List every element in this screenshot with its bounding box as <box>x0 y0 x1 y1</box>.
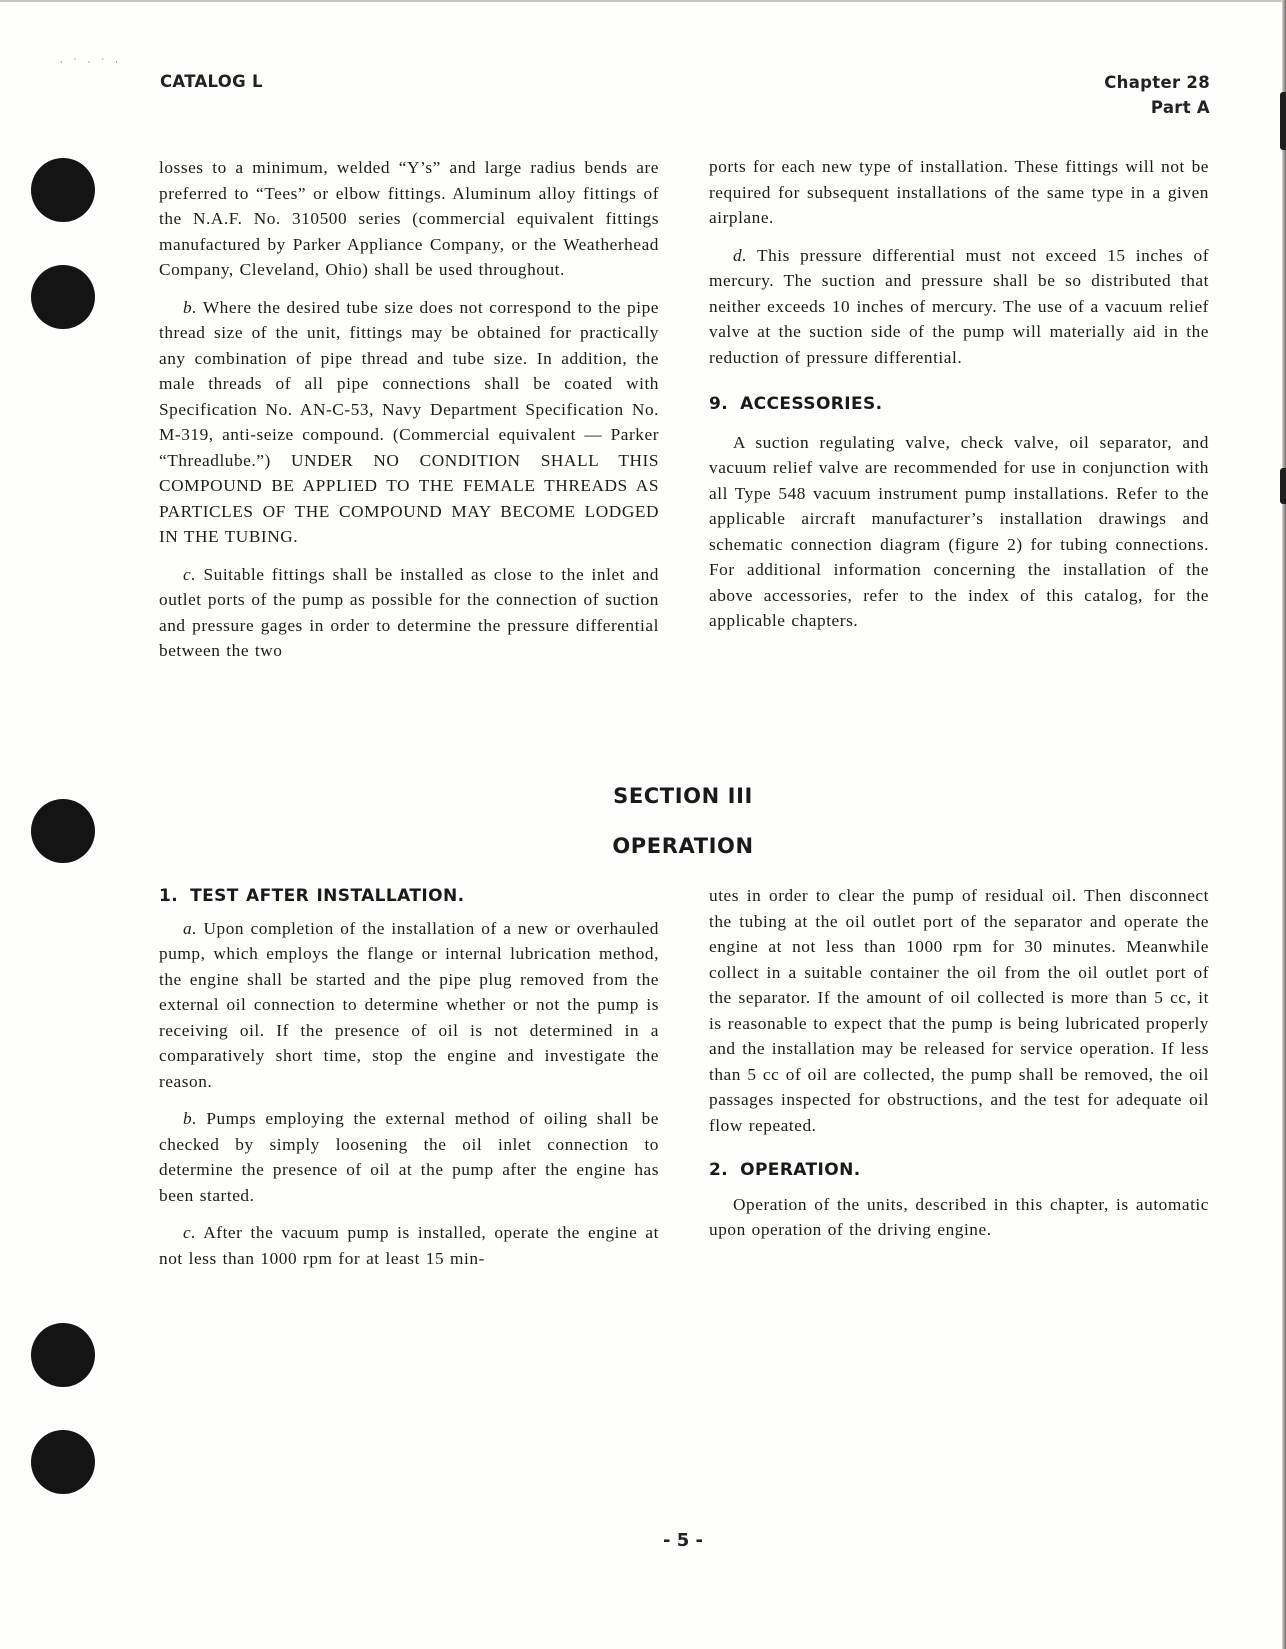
paragraph-d: d. This pressure differential must not e… <box>709 243 1209 371</box>
lower-left-column: 1.TEST AFTER INSTALLATION. a. Upon compl… <box>159 884 659 1283</box>
heading-number: 9. <box>709 394 728 414</box>
upper-left-column: losses to a minimum, welded “Y’s” and la… <box>159 155 659 676</box>
paragraph-a: a. Upon completion of the installation o… <box>159 916 659 1095</box>
catalog-label: CATALOG L <box>160 72 263 91</box>
edge-mark <box>1280 92 1286 150</box>
paragraph-continued: losses to a minimum, welded “Y’s” and la… <box>159 155 659 283</box>
paragraph-letter: d. <box>733 246 747 265</box>
section-title: OPERATION <box>0 834 1286 858</box>
paragraph-letter: b. <box>183 1109 197 1128</box>
paragraph-text: After the vacuum pump is installed, oper… <box>159 1223 659 1268</box>
paragraph-continued: utes in order to clear the pump of resid… <box>709 883 1209 1138</box>
chapter-label: Chapter 28 <box>1104 70 1210 95</box>
page-number: - 5 - <box>0 1530 1286 1551</box>
chapter-part-label: Chapter 28 Part A <box>1104 70 1210 120</box>
lower-right-column: utes in order to clear the pump of resid… <box>709 883 1209 1255</box>
paragraph-text: Where the desired tube size does not cor… <box>159 298 659 547</box>
paragraph-c: c. Suitable fittings shall be installed … <box>159 562 659 664</box>
heading-title: TEST AFTER INSTALLATION. <box>190 886 464 906</box>
paragraph-c: c. After the vacuum pump is installed, o… <box>159 1220 659 1271</box>
paragraph-text: This pressure differential must not exce… <box>709 246 1209 367</box>
section-label: SECTION III <box>0 784 1286 808</box>
section-heading-test-after-installation: 1.TEST AFTER INSTALLATION. <box>159 884 659 910</box>
heading-number: 1. <box>159 886 178 906</box>
upper-right-column: ports for each new type of installation.… <box>709 154 1209 646</box>
section-heading-accessories: 9.ACCESSORIES. <box>709 392 1209 418</box>
heading-number: 2. <box>709 1160 728 1180</box>
binder-hole <box>31 1430 95 1494</box>
paragraph-text: Suitable fittings shall be installed as … <box>159 565 659 661</box>
paragraph-continued: ports for each new type of installation.… <box>709 154 1209 231</box>
paragraph-operation: Operation of the units, described in thi… <box>709 1192 1209 1243</box>
page-right-edge <box>1282 0 1286 1649</box>
paragraph-letter: b. <box>183 298 197 317</box>
scan-specks: · ˙ · ˙ · <box>60 58 122 67</box>
paragraph-b: b. Pumps employing the external method o… <box>159 1106 659 1208</box>
paragraph-text: Upon completion of the installation of a… <box>159 919 659 1091</box>
paragraph-letter: a. <box>183 919 197 938</box>
section-heading-operation: 2.OPERATION. <box>709 1158 1209 1184</box>
paragraph-accessories: A suction regulating valve, check valve,… <box>709 430 1209 634</box>
paragraph-text: Pumps employing the external method of o… <box>159 1109 659 1205</box>
page-top-edge <box>0 0 1286 2</box>
paragraph-letter: c. <box>183 565 196 584</box>
binder-hole <box>31 265 95 329</box>
paragraph-b: b. Where the desired tube size does not … <box>159 295 659 550</box>
heading-title: ACCESSORIES. <box>740 394 882 414</box>
binder-hole <box>31 1323 95 1387</box>
part-label: Part A <box>1104 95 1210 120</box>
binder-hole <box>31 158 95 222</box>
paragraph-letter: c. <box>183 1223 196 1242</box>
heading-title: OPERATION. <box>740 1160 861 1180</box>
edge-mark <box>1280 468 1286 504</box>
